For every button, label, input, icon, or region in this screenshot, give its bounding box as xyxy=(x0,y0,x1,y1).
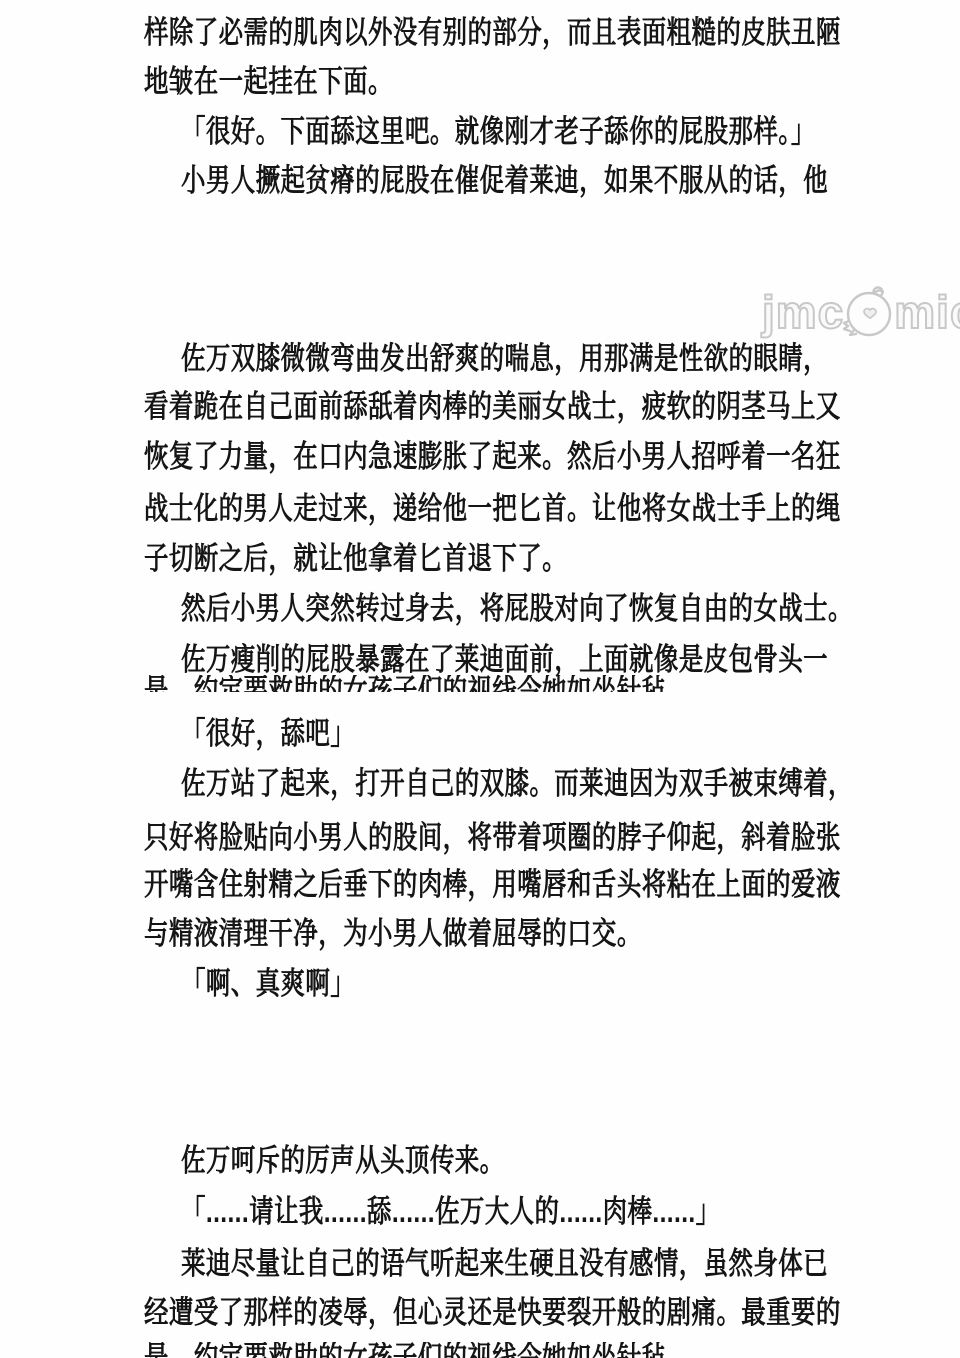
text-line: 开嘴含住射精之后垂下的肉棒，用嘴唇和舌头将粘在上面的爱液 xyxy=(144,869,841,900)
text-line: 战士化的男人走过来，递给他一把匕首。让他将女战士手上的绳 xyxy=(144,493,841,524)
text-line: 佐万呵斥的厉声从头顶传来。 xyxy=(181,1145,505,1176)
text-line: 「很好，舔吧」 xyxy=(181,718,355,749)
text-line: 然后小男人突然转过身去，将屁股对向了恢复自由的女战士。 xyxy=(181,593,853,624)
watermark-text-left: jmc xyxy=(762,289,844,335)
text-line: 莱迪尽量让自己的语气听起来生硬且没有感情，虽然身体已 xyxy=(181,1248,828,1279)
text-line: 看着跪在自己面前舔舐着肉棒的美丽女战士，疲软的阴茎马上又 xyxy=(144,391,841,422)
text-line: 是，约定要救助的女孩子们的视线令她如坐针毡。 xyxy=(144,1342,691,1358)
text-line: 只好将脸贴向小男人的股间，将带着项圈的脖子仰起，斜着脸张 xyxy=(144,822,841,853)
text-line: 「很好。下面舔这里吧。就像刚才老子舔你的屁股那样。」 xyxy=(181,116,816,147)
bird-mascot-icon xyxy=(841,284,897,340)
text-line: 佐万双膝微微弯曲发出舒爽的喘息，用那满是性欲的眼睛， xyxy=(181,343,828,374)
text-line: 「......请让我......舔......佐万大人的......肉棒....… xyxy=(181,1196,720,1227)
novel-page[interactable]: 样除了必需的肌肉以外没有别的部分，而且表面粗糙的皮肤丑陋地皱在一起挂在下面。「很… xyxy=(0,0,960,1358)
watermark-text-right: mic xyxy=(894,289,960,335)
novel-text: 样除了必需的肌肉以外没有别的部分，而且表面粗糙的皮肤丑陋地皱在一起挂在下面。「很… xyxy=(0,0,960,1358)
text-line: 「啊、真爽啊」 xyxy=(181,968,355,999)
text-line: 恢复了力量，在口内急速膨胀了起来。然后小男人招呼着一名狂 xyxy=(144,441,841,472)
text-line: 小男人撅起贫瘠的屁股在催促着莱迪，如果不服从的话，他 xyxy=(181,165,828,196)
jmcomic-watermark: jmc mic xyxy=(762,284,960,340)
text-line: 佐万瘦削的屁股暴露在了莱迪面前，上面就像是皮包骨头一 xyxy=(181,644,828,675)
text-line: 样除了必需的肌肉以外没有别的部分，而且表面粗糙的皮肤丑陋 xyxy=(144,17,841,48)
text-line: 是，约定要救助的女孩子们的视线令她如坐针毡。 xyxy=(144,675,691,692)
text-line: 经遭受了那样的凌辱，但心灵还是快要裂开般的剧痛。最重要的 xyxy=(144,1297,841,1328)
text-line: 地皱在一起挂在下面。 xyxy=(144,66,393,97)
text-line: 与精液清理干净，为小男人做着屈辱的口交。 xyxy=(144,918,642,949)
text-line: 佐万站了起来，打开自己的双膝。而莱迪因为双手被束缚着， xyxy=(181,768,853,799)
text-line: 子切断之后，就让他拿着匕首退下了。 xyxy=(144,543,567,574)
